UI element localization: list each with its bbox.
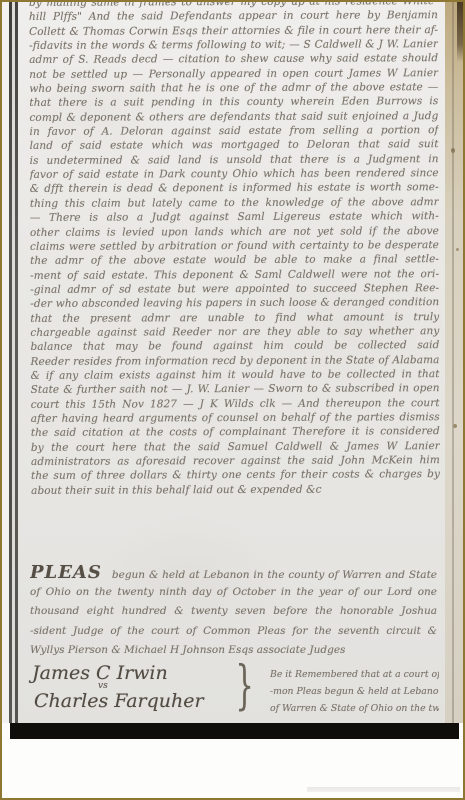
handwritten-line: hill Plffs" And the said Defendants appe…: [29, 8, 438, 24]
binding-edge-line: [15, 2, 18, 723]
pleas-line: begun & held at Lebanon in the county of…: [112, 566, 437, 583]
handwritten-line: State & further saith not — J. W. Lanier…: [31, 381, 440, 397]
scanned-record-image: by mailing same in frames to answer my c…: [0, 0, 465, 800]
photo-bottom-black-bar: [10, 723, 459, 739]
pleas-line: of Ohio on the twenty ninth day of Octob…: [30, 583, 437, 603]
handwritten-line: the said citation at the costs of compla…: [31, 424, 440, 440]
handwritten-line: the admr of the above estate would be ab…: [30, 252, 439, 268]
handwritten-line: balance that may be found against him co…: [30, 338, 439, 354]
page-curl-shadow: [452, 2, 454, 723]
defendant-name: Charles Farquher: [34, 690, 204, 712]
pleas-line: Wyllys Pierson & Michael H Johnson Esqs …: [30, 641, 437, 661]
faint-shadow-line: [307, 787, 460, 792]
docket-note-line: of Warren & State of Ohio on the twenty …: [270, 700, 439, 717]
paper-speck: [451, 148, 455, 153]
page-curl-edge: [445, 2, 463, 723]
paper-speck: [456, 248, 459, 251]
case-docket-entry: James C Irwin vs Charles Farquher } Be i…: [32, 662, 439, 722]
paper-speck: [453, 424, 457, 428]
handwritten-line: about their suit in this behalf laid out…: [31, 482, 440, 498]
pleas-paragraph: PLEAS begun & held at Lebanon in the cou…: [30, 563, 437, 661]
handwritten-line: -der who absconded leaving his papers in…: [30, 295, 439, 311]
docket-brace: }: [235, 656, 253, 716]
pleas-line: -sident Judge of the court of Common Ple…: [30, 622, 437, 642]
pleas-line: thousand eight hundred & twenty seven be…: [30, 602, 437, 622]
handwritten-line: the sum of three dollars & thirty one ce…: [31, 467, 440, 483]
page-corner-shadow: [457, 2, 463, 62]
handwritten-line: land of said estate which was mortgaged …: [30, 138, 439, 154]
handwritten-line: -ment of said estate. This deponent & Sa…: [30, 267, 439, 283]
handwritten-line: other claims is levied upon lands which …: [30, 224, 439, 240]
docket-note: Be it Remembered that at a court of Com-…: [270, 666, 439, 717]
handwritten-line: — There is also a Judgt against Saml Lig…: [30, 209, 439, 225]
pleas-heading-word: PLEAS: [30, 563, 102, 583]
pleas-opening-line: PLEAS begun & held at Lebanon in the cou…: [30, 563, 437, 583]
docket-note-line: -mon Pleas begun & held at Lebanon in th…: [270, 683, 439, 700]
page-left-margin: [2, 2, 9, 723]
handwritten-body: by mailing same in frames to answer my c…: [29, 2, 440, 498]
handwritten-line: admr of S. Reads decd — citation to shew…: [29, 51, 438, 67]
scanned-page: by mailing same in frames to answer my c…: [2, 2, 463, 723]
handwritten-line: that there is a suit pending in this cou…: [29, 95, 438, 111]
handwritten-line: & dfft therein is dead & deponent is inf…: [30, 181, 439, 197]
docket-note-line: Be it Remembered that at a court of Com-: [270, 666, 439, 683]
